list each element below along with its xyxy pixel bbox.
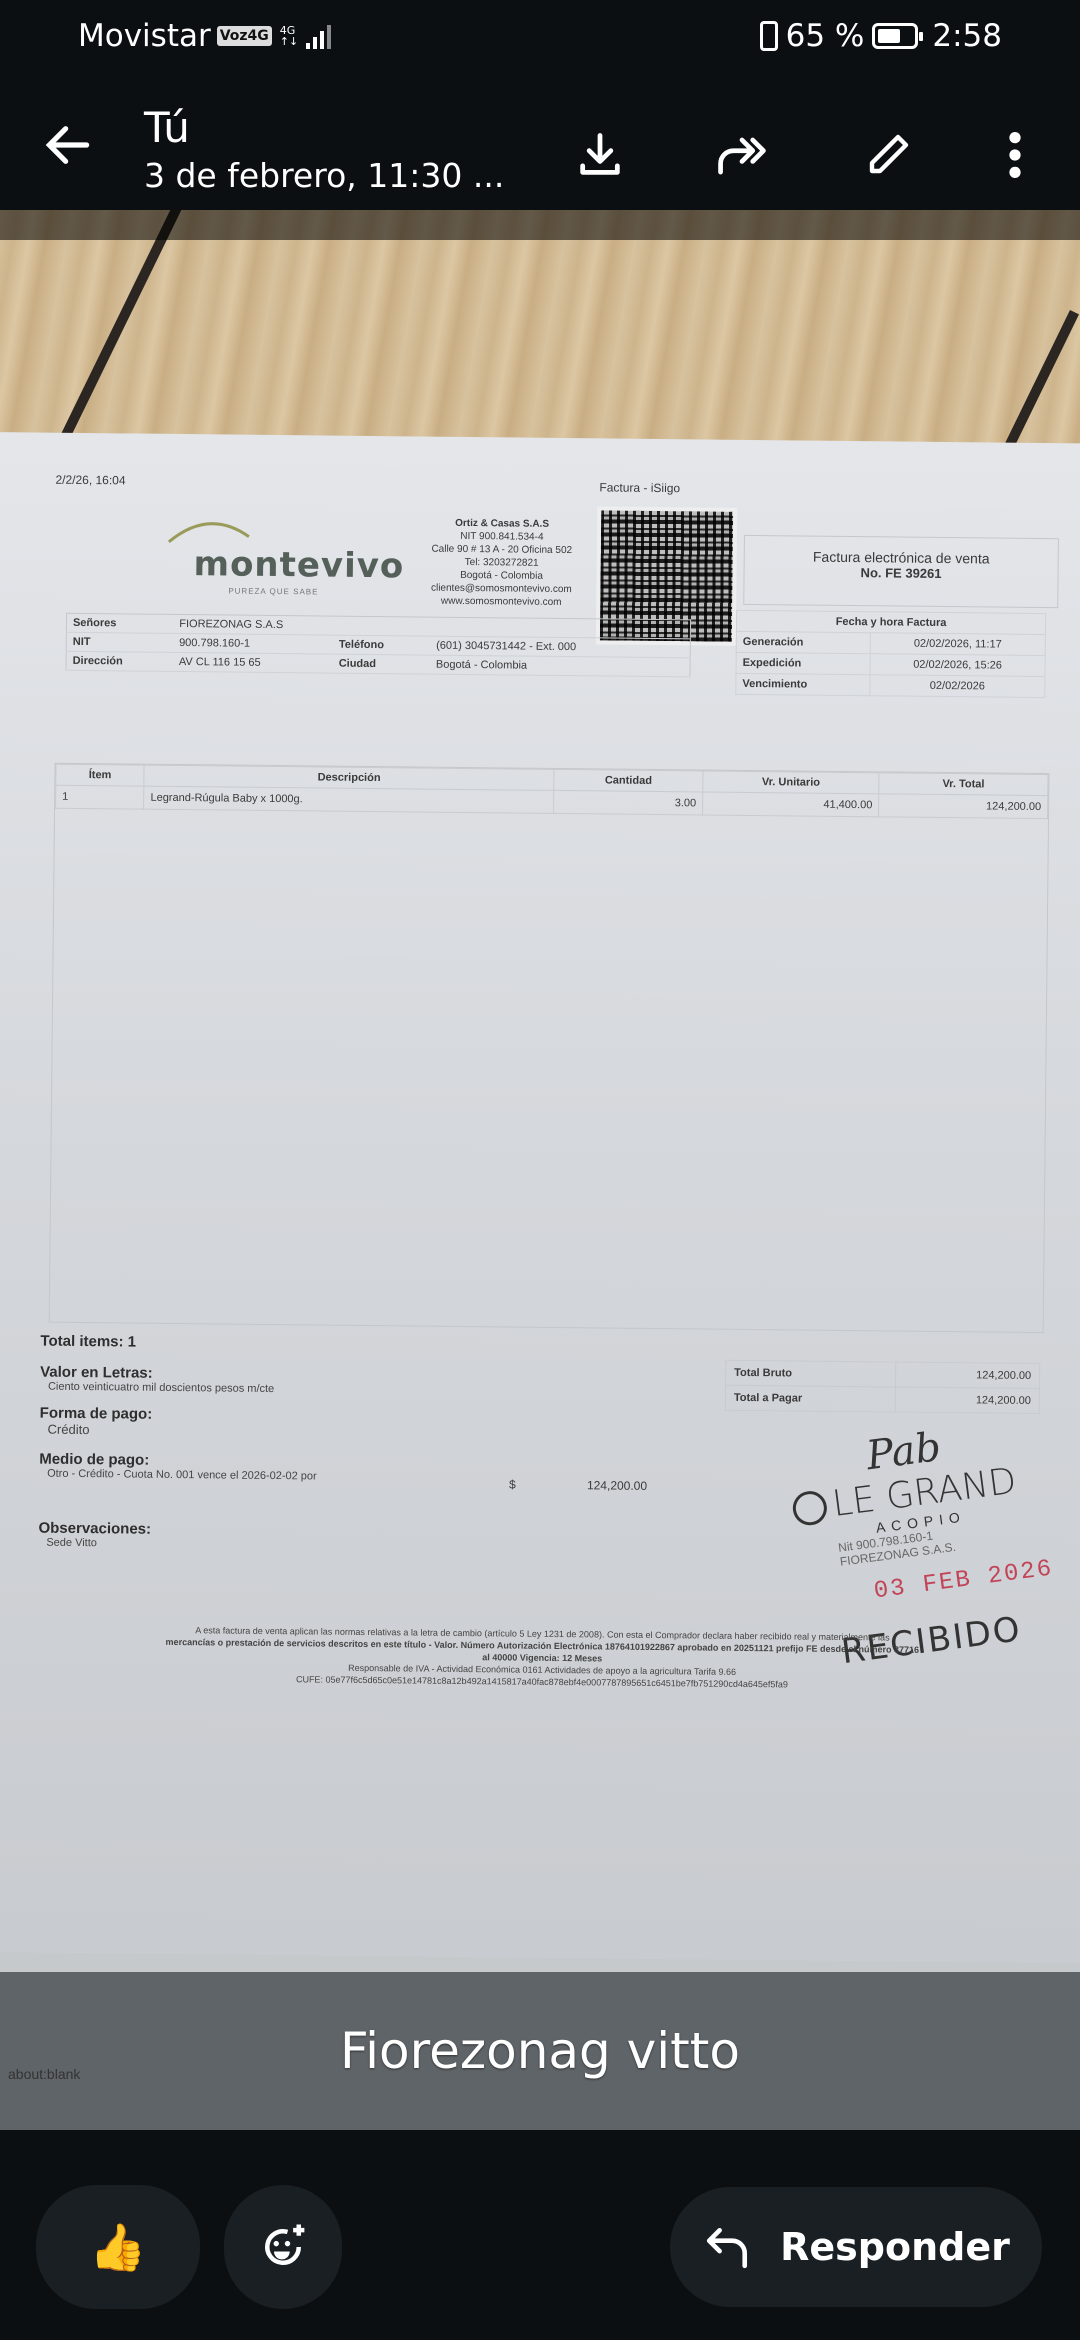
date-row: Vencimiento02/02/2026 <box>736 673 1045 697</box>
caption-bar: Fiorezonag vitto <box>0 1972 1080 2130</box>
volte-badge: Voz4G <box>217 26 272 46</box>
issuer-info: Ortiz & Casas S.A.S NIT 900.841.534-4 Ca… <box>406 516 597 609</box>
more-options-button[interactable] <box>985 125 1045 185</box>
app-bar: Tú 3 de febrero, 11:30 ... <box>0 75 1080 210</box>
column-header: Vr. Unitario <box>703 771 879 794</box>
status-bar: Movistar Voz4G 4G↑↓ 65 % 2:58 <box>0 0 1080 75</box>
edit-icon <box>864 131 912 179</box>
edit-button[interactable] <box>858 125 918 185</box>
carrier-name: Movistar <box>78 18 211 54</box>
bottom-actions: 👍 Responder <box>0 2130 1080 2340</box>
column-header: Vr. Total <box>879 773 1048 796</box>
print-page-title: Factura - iSiigo <box>599 480 680 495</box>
invoice-summary: Total items: 1 Valor en Letras: Ciento v… <box>38 1333 460 1553</box>
stamp-date: 03 FEB 2026 <box>872 1555 1054 1605</box>
message-info: Tú 3 de febrero, 11:30 ... <box>144 103 504 195</box>
back-arrow-icon <box>40 117 96 173</box>
total-items: Total items: 1 <box>40 1333 460 1354</box>
sender-name: Tú <box>144 103 504 152</box>
le-grand-logo-icon <box>791 1489 829 1527</box>
brand-tagline: PUREZA QUE SABE <box>228 587 318 597</box>
back-button[interactable] <box>40 117 100 177</box>
like-reaction-button[interactable]: 👍 <box>36 2185 200 2309</box>
doc-title-box: Factura electrónica de venta No. FE 3926… <box>743 535 1059 608</box>
client-info-table: SeñoresFIOREZONAG S.A.S NIT900.798.160-1… <box>66 613 692 678</box>
battery-percent: 65 % <box>786 18 865 54</box>
battery-icon <box>872 23 918 49</box>
vibrate-icon <box>760 21 778 51</box>
print-timestamp: 2/2/26, 16:04 <box>55 473 125 488</box>
total-row: Total Bruto124,200.00 <box>726 1360 1040 1388</box>
reply-label: Responder <box>780 2225 1010 2269</box>
about-blank-label: about:blank <box>8 2066 80 2082</box>
reply-arrow-icon <box>702 2224 754 2270</box>
payment-form: Crédito <box>39 1422 459 1441</box>
forward-button[interactable] <box>712 125 772 185</box>
total-row: Total a Pagar124,200.00 <box>725 1385 1039 1413</box>
signal-icon <box>306 23 331 49</box>
column-header: Cantidad <box>554 769 703 792</box>
add-reaction-button[interactable] <box>224 2185 342 2309</box>
network-type: 4G↑↓ <box>280 25 298 47</box>
payment-amount: 124,200.00 <box>587 1478 647 1493</box>
clock: 2:58 <box>932 18 1002 54</box>
invoice-document: 2/2/26, 16:04 Factura - iSiigo montevivo… <box>0 432 1080 1964</box>
image-caption: Fiorezonag vitto <box>340 2022 740 2080</box>
download-icon <box>574 129 626 181</box>
image-viewer[interactable]: 2/2/26, 16:04 Factura - iSiigo montevivo… <box>0 210 1080 1972</box>
forward-icon <box>712 129 772 181</box>
invoice-dates-table: Fecha y hora Factura Generación02/02/202… <box>735 610 1046 698</box>
download-button[interactable] <box>570 125 630 185</box>
message-timestamp: 3 de febrero, 11:30 ... <box>144 156 504 195</box>
currency-symbol: $ <box>509 1477 516 1491</box>
media-viewer-screen: Movistar Voz4G 4G↑↓ 65 % 2:58 Tú 3 de fe… <box>0 0 1080 2340</box>
legal-footer: A esta factura de venta aplican las norm… <box>47 1623 1038 1693</box>
items-area: ÍtemDescripciónCantidadVr. UnitarioVr. T… <box>49 763 1050 1333</box>
leaf-arc-icon <box>164 514 254 545</box>
thumbs-up-icon: 👍 <box>89 2220 146 2275</box>
add-emoji-icon <box>256 2220 310 2274</box>
reply-button[interactable]: Responder <box>670 2187 1042 2307</box>
column-header: Ítem <box>56 764 145 786</box>
brand-name: montevivo <box>193 544 404 586</box>
more-vert-icon <box>1005 129 1025 181</box>
totals-table: Total Bruto124,200.00Total a Pagar124,20… <box>725 1360 1041 1414</box>
items-table: ÍtemDescripciónCantidadVr. UnitarioVr. T… <box>55 764 1048 819</box>
